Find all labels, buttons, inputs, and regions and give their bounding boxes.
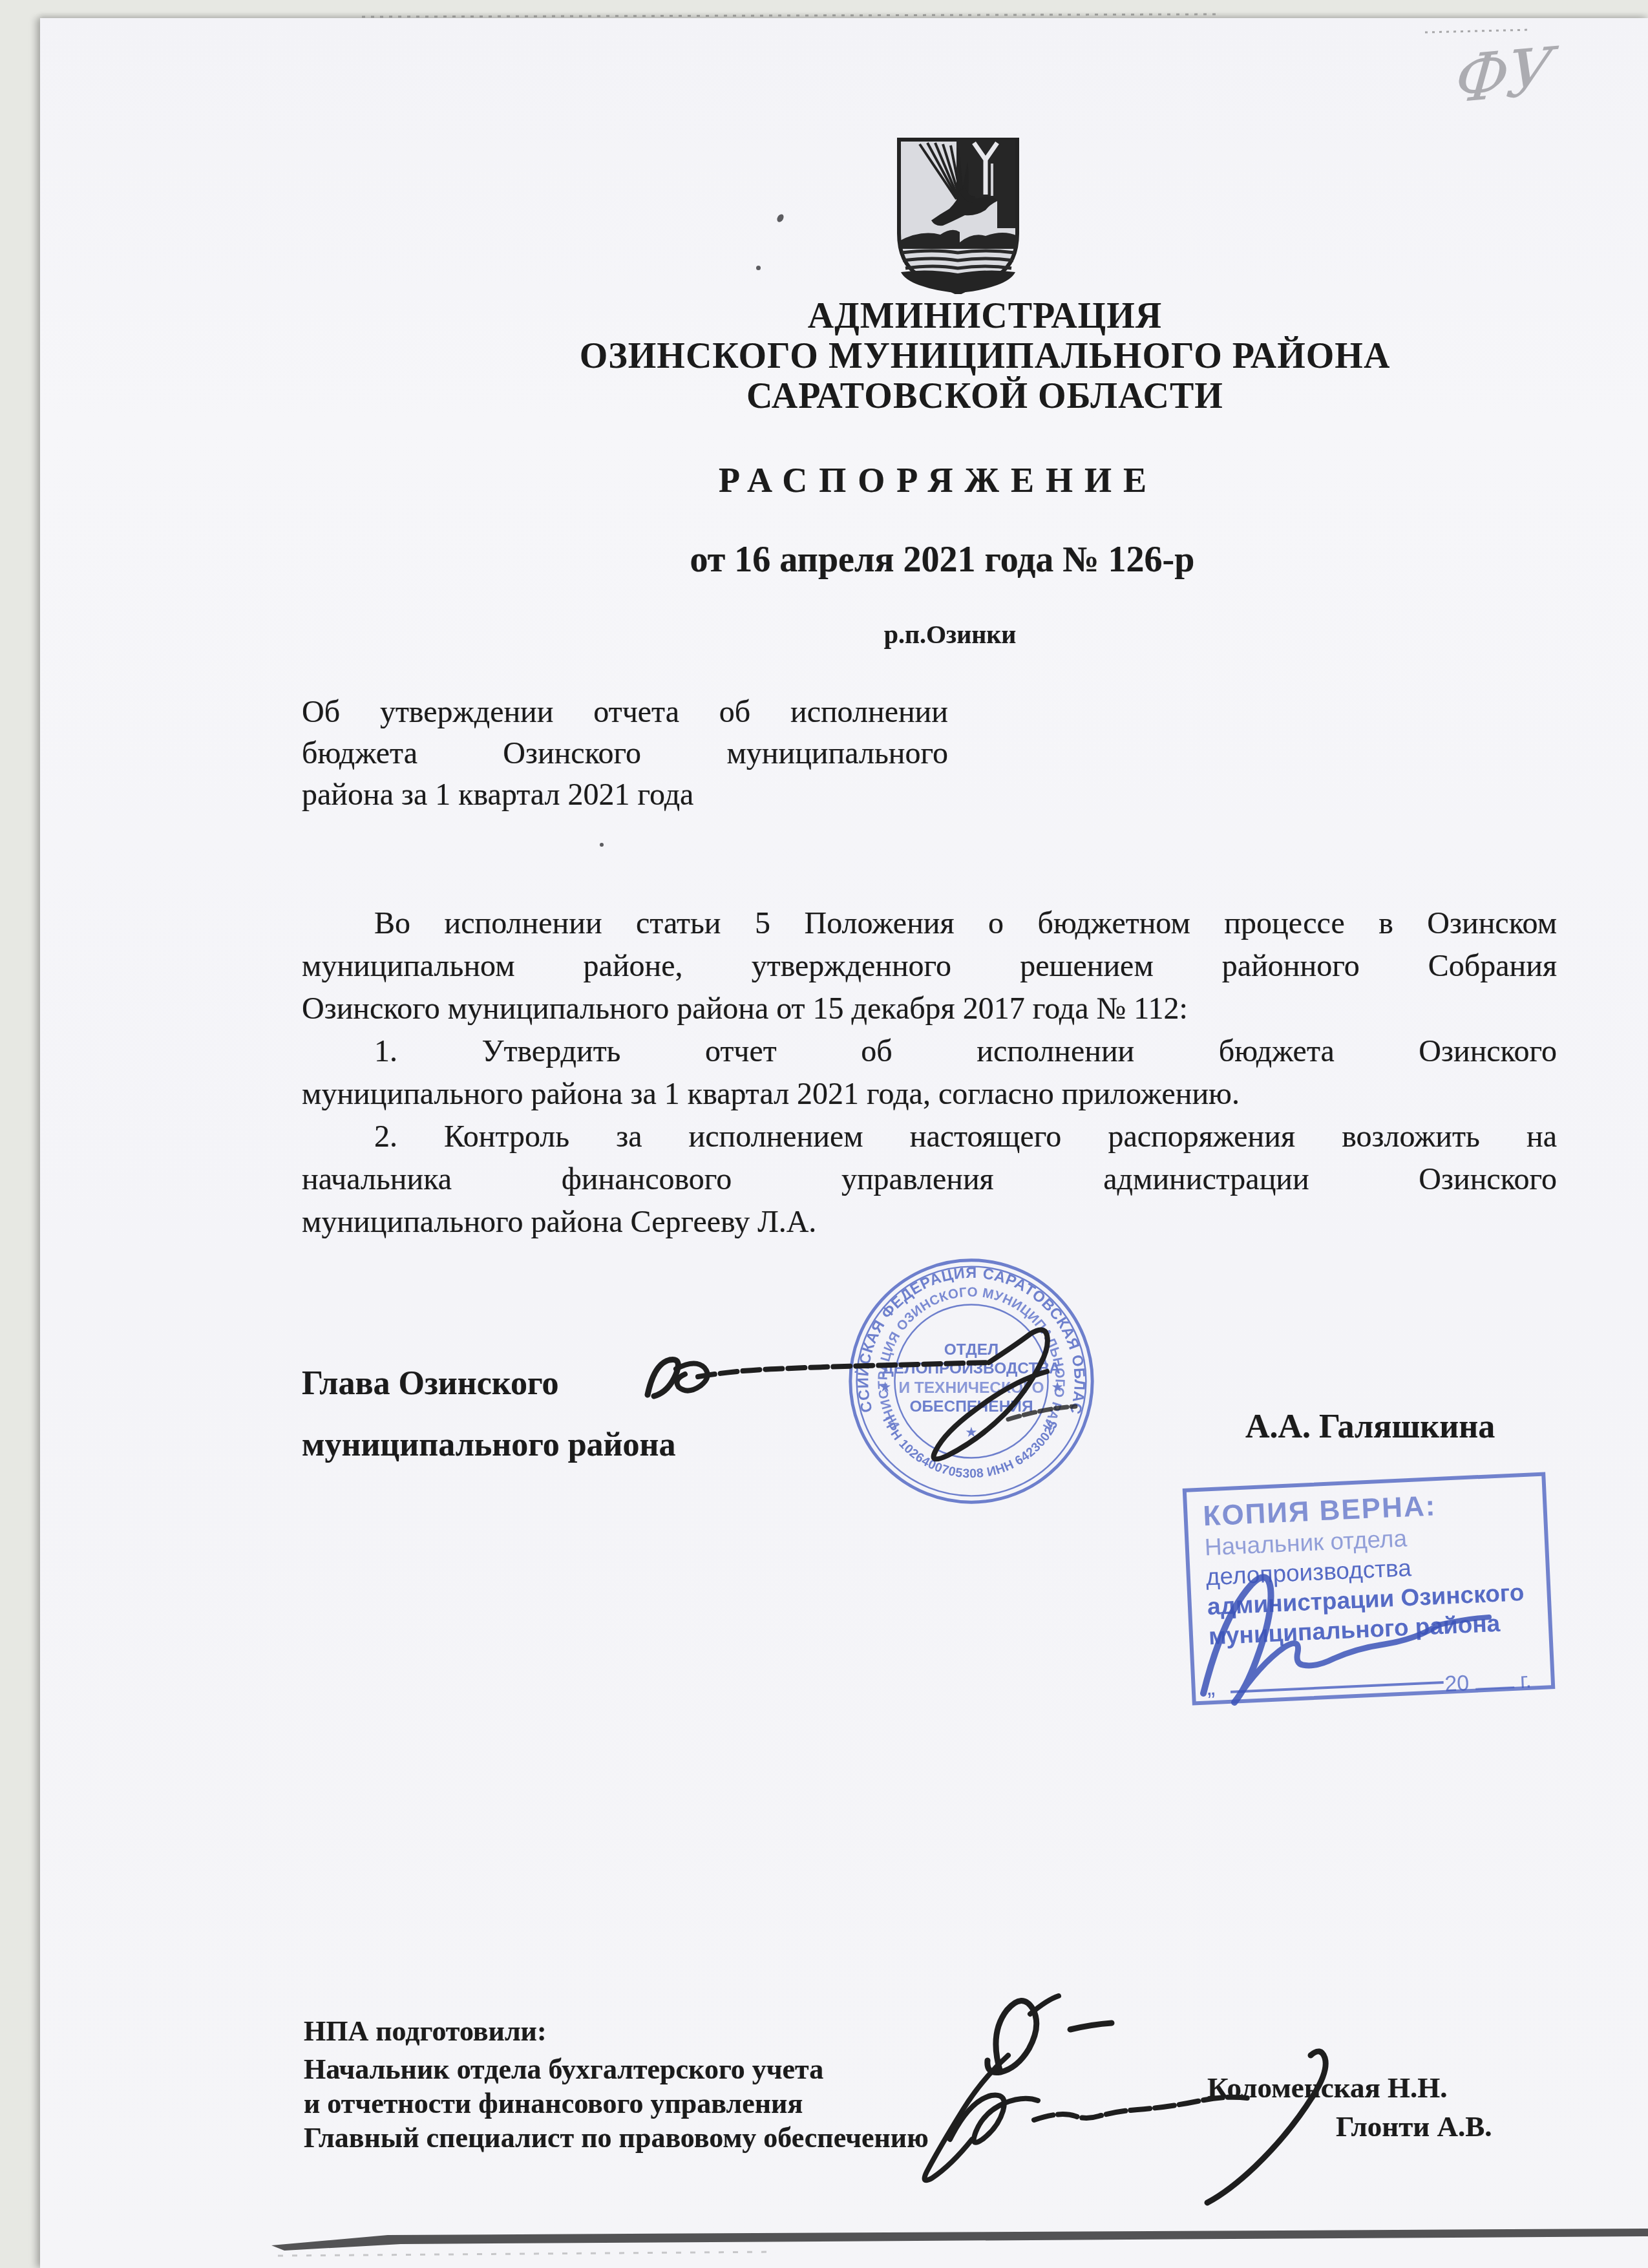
signer-position-line1: Глава Озинского xyxy=(302,1364,558,1403)
body-line: Озинского муниципального района от 15 де… xyxy=(302,988,1557,1030)
pencil-corner-mark: ФУ xyxy=(1452,33,1554,118)
seal-star-left: ★ xyxy=(879,1379,891,1395)
signer-position-line2: муниципального района xyxy=(302,1426,675,1464)
org-name-block: АДМИНИСТРАЦИЯ ОЗИНСКОГО МУНИЦИПАЛЬНОГО Р… xyxy=(403,296,1567,416)
doc-place: р.п.Озинки xyxy=(304,619,1596,650)
stamp-year-line xyxy=(1475,1686,1514,1690)
body-line: муниципального района Сергееву Л.А. xyxy=(302,1201,1557,1244)
preparer-role: Начальник отдела бухгалтерского учета xyxy=(304,2052,929,2086)
preparer-name-1: Коломенская Н.Н. xyxy=(1207,2071,1448,2104)
org-name-line2: ОЗИНСКОГО МУНИЦИПАЛЬНОГО РАЙОНА xyxy=(403,336,1567,376)
scan-speck xyxy=(776,213,785,224)
subject-line: Об утверждении отчета об исполнении xyxy=(302,692,948,733)
seal-center-line: ОТДЕЛ xyxy=(944,1341,998,1359)
body-line: начальника финансового управления админи… xyxy=(302,1158,1557,1201)
preparer-role: Главный специалист по правовому обеспече… xyxy=(304,2121,929,2155)
stamp-year-prefix: 20 xyxy=(1444,1671,1470,1697)
stamp-year-suffix: г. xyxy=(1519,1668,1532,1693)
body-line: муниципальном районе, утвержденного реше… xyxy=(302,945,1557,988)
scanned-document: { "page": { "corner_mark": "ФУ" }, "head… xyxy=(0,0,1648,2268)
coat-of-arms-emblem xyxy=(895,138,1021,294)
signer-name: А.А. Галяшкина xyxy=(1245,1408,1495,1446)
preparer-name-2: Глонти А.В. xyxy=(1336,2110,1492,2143)
subject-line: бюджета Озинского муниципального xyxy=(302,733,948,774)
round-official-seal: РОССИЙСКАЯ ФЕДЕРАЦИЯ САРАТОВСКАЯ ОБЛАСТЬ… xyxy=(845,1255,1098,1508)
seal-star-right: ★ xyxy=(1051,1379,1064,1395)
doc-date-number: от 16 апреля 2021 года № 126-р xyxy=(296,539,1589,580)
body-line: 2. Контроль за исполнением настоящего ра… xyxy=(302,1116,1557,1158)
stamp-signature-row: „ 20 г. xyxy=(1210,1659,1538,1699)
seal-center-line: И ТЕХНИЧЕСКОГО xyxy=(898,1379,1044,1397)
footer-preparers: НПА подготовили: Начальник отдела бухгал… xyxy=(304,2014,929,2155)
body-line: 1. Утвердить отчет об исполнении бюджета… xyxy=(302,1030,1557,1073)
prepared-by-label: НПА подготовили: xyxy=(304,2014,929,2048)
body-line: муниципального района за 1 квартал 2021 … xyxy=(302,1073,1557,1116)
scan-dotted-line xyxy=(362,14,1221,17)
preparer-role: и отчетности финансового управления xyxy=(304,2086,929,2121)
stamp-signature-line xyxy=(1231,1681,1444,1693)
stamp-quote-mark: „ xyxy=(1207,1673,1216,1701)
seal-center-line: ОБЕСПЕЧЕНИЯ xyxy=(909,1398,1033,1415)
seal-star-bottom: ★ xyxy=(965,1424,977,1440)
doc-body: Во исполнении статьи 5 Положения о бюдже… xyxy=(302,902,1557,1244)
org-name-line1: АДМИНИСТРАЦИЯ xyxy=(403,296,1567,336)
copy-verified-stamp: КОПИЯ ВЕРНА: Начальник отдела делопроизв… xyxy=(1183,1472,1556,1705)
scan-speck xyxy=(756,266,761,270)
org-name-line3: САРАТОВСКОЙ ОБЛАСТИ xyxy=(403,376,1567,416)
doc-type-title: РАСПОРЯЖЕНИЕ xyxy=(292,460,1585,500)
seal-center-line: ДЕЛОПРОИЗВОДСТВА xyxy=(882,1360,1060,1377)
subject-line: района за 1 квартал 2021 года xyxy=(302,774,948,816)
scan-speck xyxy=(600,843,604,847)
doc-subject: Об утверждении отчета об исполнении бюдж… xyxy=(302,692,948,816)
stamp-year-field: 20 г. xyxy=(1444,1668,1532,1697)
paper-sheet: ФУ АДМИНИСТРАЦИЯ ОЗИНСКОГО МУНИЦИПАЛЬНОГ… xyxy=(40,18,1648,2268)
body-line: Во исполнении статьи 5 Положения о бюдже… xyxy=(302,902,1557,945)
